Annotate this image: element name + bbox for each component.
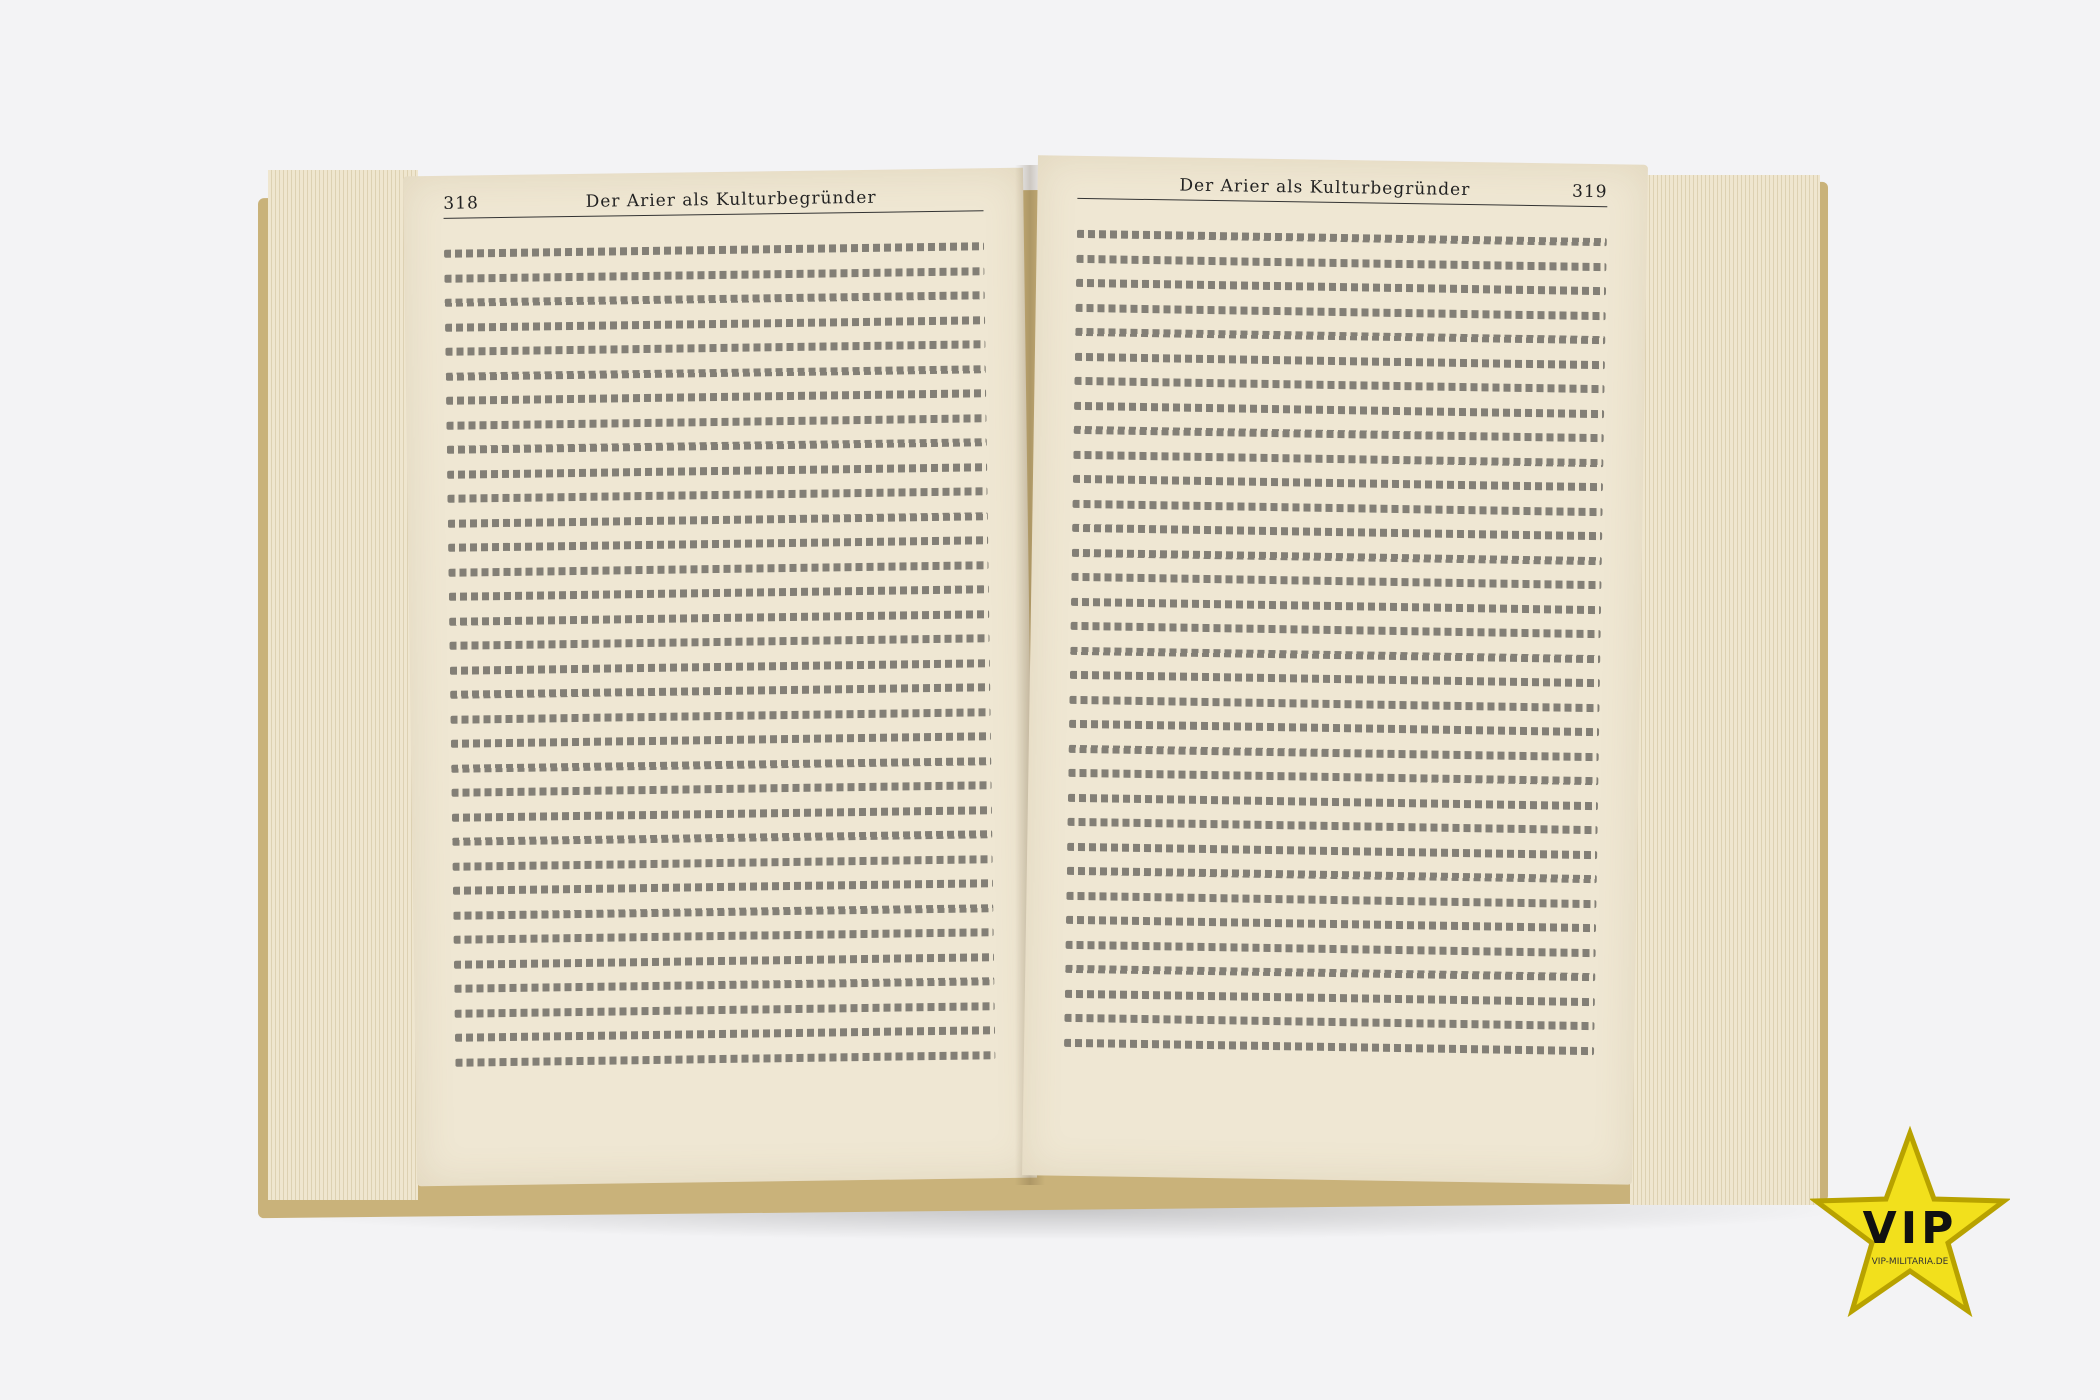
right-header-title: Der Arier als Kulturbegründer bbox=[1179, 175, 1470, 200]
left-page-number: 318 bbox=[443, 193, 479, 213]
right-page-stack bbox=[1630, 175, 1820, 1205]
left-running-header: 318 Der Arier als Kulturbegründer bbox=[443, 186, 983, 219]
right-body-text bbox=[1064, 220, 1607, 1071]
vip-watermark: VIP VIP-MILITARIA.DE bbox=[1810, 1125, 2010, 1325]
right-page-number: 319 bbox=[1572, 182, 1608, 203]
left-page-stack bbox=[268, 170, 418, 1200]
watermark-subtext: VIP-MILITARIA.DE bbox=[1810, 1257, 2010, 1267]
watermark-label: VIP bbox=[1810, 1203, 2010, 1254]
left-header-title: Der Arier als Kulturbegründer bbox=[585, 188, 876, 212]
left-body-text bbox=[444, 232, 996, 1082]
right-page: Der Arier als Kulturbegründer 319 bbox=[1022, 155, 1648, 1184]
left-page: 318 Der Arier als Kulturbegründer bbox=[403, 168, 1037, 1187]
right-running-header: Der Arier als Kulturbegründer 319 bbox=[1077, 174, 1607, 207]
